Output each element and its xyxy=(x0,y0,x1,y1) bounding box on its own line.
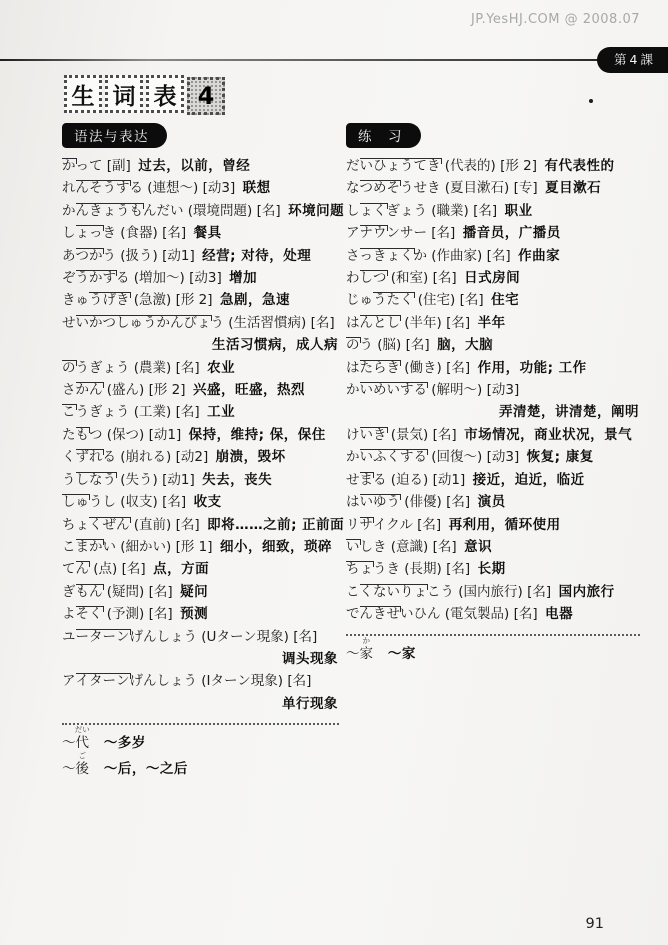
meaning-cn: 联想 xyxy=(243,180,271,196)
kana-reading: こくないりょこう xyxy=(346,584,454,600)
kana-reading: しょっき xyxy=(62,225,116,241)
part-of-speech: [名] xyxy=(401,337,429,353)
page-number: 91 xyxy=(586,916,604,932)
kanji-form: (扱う) xyxy=(116,248,158,264)
vocab-line: のう (脳) [名]脑，大脑 xyxy=(346,334,644,356)
meaning-cn: 急剧，急速 xyxy=(220,292,290,308)
meaning-cn: 保持，维持; 保，保住 xyxy=(189,427,326,443)
vocab-line: こまかい (細かい) [形 1]细小，细致，琐碎 xyxy=(62,536,343,558)
vocab-entry: せまる (迫る) [动1]接近，迫近，临近 xyxy=(346,469,644,491)
dotted-divider xyxy=(62,723,339,725)
meaning-cn: 再利用，循环使用 xyxy=(449,517,561,533)
vocab-entry: かんきょうもんだい (環境問題) [名]环境问题 xyxy=(62,200,343,222)
kanji-form: (迫る) xyxy=(387,472,429,488)
vocab-line: かいふくする (回復～) [动3]恢复; 康复 xyxy=(346,446,644,468)
part-of-speech: [名] xyxy=(482,248,510,264)
vocab-line: さかん (盛ん) [形 2]兴盛，旺盛，热烈 xyxy=(62,379,343,401)
kanji-form: (急激) xyxy=(130,292,172,308)
kana-reading: はたらき xyxy=(346,360,400,376)
vocab-entry: アナウンサー [名]播音员，广播员 xyxy=(346,222,644,244)
kana-reading: アイターンげんしょう xyxy=(62,673,197,689)
kana-reading: ぞうかする xyxy=(62,270,130,286)
kanji-form: (回復～) xyxy=(427,449,482,465)
meaning-cn: 半年 xyxy=(478,315,506,331)
meaning-cn: 播音员，广播员 xyxy=(463,225,561,241)
vocab-entry: わしつ (和室) [名]日式房间 xyxy=(346,267,644,289)
kana-reading: あつかう xyxy=(62,248,116,264)
part-of-speech: [动2] xyxy=(171,449,208,465)
watermark: JP.YesHJ.COM @ 2008.07 xyxy=(471,12,640,27)
part-of-speech: [名] xyxy=(469,203,497,219)
kana-reading: よそく xyxy=(62,606,103,622)
kanji-form: (盛ん) xyxy=(103,382,145,398)
vocab-entry: くずれる (崩れる) [动2]崩溃，毁坏 xyxy=(62,446,343,468)
meaning-cn: 作用，功能; 工作 xyxy=(478,360,587,376)
meaning-cn: 增加 xyxy=(229,270,257,286)
vocab-entry: のうぎょう (農業) [名]农业 xyxy=(62,357,343,379)
vocab-entry: かって [副]过去，以前，曾经 xyxy=(62,155,343,177)
kanji-form: (保つ) xyxy=(103,427,145,443)
part-of-speech: [名] xyxy=(171,404,199,420)
vocab-line: こうぎょう (工業) [名]工业 xyxy=(62,401,343,423)
page-title: 生词表4 xyxy=(64,75,228,115)
meaning-cn: 夏目漱石 xyxy=(545,180,601,196)
kanji-form: (Iターン現象) xyxy=(197,673,283,689)
part-of-speech: [名] xyxy=(171,360,199,376)
part-of-speech: [动1] xyxy=(428,472,465,488)
part-of-speech: [名] xyxy=(442,315,470,331)
meaning-cn: 工业 xyxy=(207,404,235,420)
vocab-entry: でんきせいひん (電気製品) [名]电器 xyxy=(346,603,644,625)
part-of-speech: [动3] xyxy=(185,270,222,286)
vocab-entry: てん (点) [名]点，方面 xyxy=(62,558,343,580)
kanji-with-furigana: か家 xyxy=(360,643,374,666)
kana-reading: リサイクル xyxy=(346,517,413,533)
vocab-columns: 语法与表达かって [副]过去，以前，曾经れんそうする (連想～) [动3]联想か… xyxy=(62,123,644,780)
part-of-speech: [形 2] xyxy=(144,382,185,398)
kanji-form: (Uターン現象) xyxy=(197,629,289,645)
kana-reading: はんとし xyxy=(346,315,400,331)
vocab-line: しゅうし (収支) [名]收支 xyxy=(62,491,343,513)
kana-reading: ぎもん xyxy=(62,584,103,600)
kanji-form: (予測) xyxy=(103,606,145,622)
vocab-line: うしなう (失う) [动1]失去，丧失 xyxy=(62,469,343,491)
scan-speck xyxy=(589,99,593,103)
meaning-cn-wrapped: 单行现象 xyxy=(62,693,343,715)
meaning-cn: 接近，迫近，临近 xyxy=(473,472,585,488)
vocab-line: わしつ (和室) [名]日式房间 xyxy=(346,267,644,289)
vocab-entry: ぎもん (疑問) [名]疑问 xyxy=(62,581,343,603)
meaning-cn: 环境问题 xyxy=(288,203,344,219)
meaning-cn: 市场情况，商业状况，景气 xyxy=(464,427,632,443)
part-of-speech: [名] xyxy=(523,584,551,600)
vocab-entry: こくないりょこう (国内旅行) [名]国内旅行 xyxy=(346,581,644,603)
part-of-speech: [名] xyxy=(428,539,456,555)
dotted-divider xyxy=(346,634,640,636)
vocab-entry: じゅうたく (住宅) [名]住宅 xyxy=(346,289,644,311)
part-of-speech: [名] xyxy=(117,561,145,577)
kanji-form: (崩れる) xyxy=(116,449,171,465)
vocab-line: たもつ (保つ) [动1]保持，维持; 保，保住 xyxy=(62,424,343,446)
kana-reading: さっきょくか xyxy=(346,248,427,264)
meaning-cn: 细小，细致，琐碎 xyxy=(220,539,332,555)
vocab-line: かんきょうもんだい (環境問題) [名]环境问题 xyxy=(62,200,343,222)
vocab-line: はたらき (働き) [名]作用，功能; 工作 xyxy=(346,357,644,379)
kanji-form: (解明～) xyxy=(427,382,482,398)
kana-reading: のう xyxy=(346,337,373,353)
vocab-entry: かいめいする (解明～) [动3]弄清楚，讲清楚，阐明 xyxy=(346,379,644,424)
kana-reading: さかん xyxy=(62,382,103,398)
vocab-line: リサイクル [名]再利用，循环使用 xyxy=(346,514,644,536)
kana-reading: しゅうし xyxy=(62,494,116,510)
meaning-cn: 意识 xyxy=(464,539,492,555)
meaning-cn: 餐具 xyxy=(194,225,222,241)
vocab-entry: ちょうき (長期) [名]长期 xyxy=(346,558,644,580)
vocab-entry: のう (脳) [名]脑，大脑 xyxy=(346,334,644,356)
part-of-speech: [动1] xyxy=(158,248,195,264)
kanji-base: 代 xyxy=(76,735,90,751)
part-of-speech: [专] xyxy=(509,180,537,196)
vocab-entry: あつかう (扱う) [动1]经营; 对待，处理 xyxy=(62,245,343,267)
vocab-line: こくないりょこう (国内旅行) [名]国内旅行 xyxy=(346,581,644,603)
meaning-cn: 农业 xyxy=(207,360,235,376)
vocab-line: だいひょうてき (代表的) [形 2]有代表性的 xyxy=(346,155,644,177)
meaning-cn: ～多岁 xyxy=(104,735,146,751)
kanji-form: (収支) xyxy=(116,494,158,510)
meaning-cn-wrapped: 弄清楚，讲清楚，阐明 xyxy=(346,401,644,423)
part-of-speech: [名] xyxy=(171,517,199,533)
part-of-speech: [名] xyxy=(158,225,186,241)
meaning-cn: 失去，丧失 xyxy=(202,472,272,488)
kanji-form: (脳) xyxy=(373,337,401,353)
meaning-cn: 长期 xyxy=(478,561,506,577)
furigana: か xyxy=(363,637,371,645)
kanji-form: (農業) xyxy=(130,360,172,376)
kana-reading: れんそうする xyxy=(62,180,143,196)
vocab-entry: はんとし (半年) [名]半年 xyxy=(346,312,644,334)
suffix-entry: ～か家～家 xyxy=(346,640,644,666)
vocab-entry: さっきょくか (作曲家) [名]作曲家 xyxy=(346,245,644,267)
kanji-form: (疑問) xyxy=(103,584,145,600)
meaning-cn: 崩溃，毁坏 xyxy=(216,449,286,465)
title-char-box: 生 xyxy=(64,75,102,113)
vocab-entry: きゅうげき (急激) [形 2]急剧，急速 xyxy=(62,289,343,311)
meaning-cn: 演员 xyxy=(478,494,506,510)
kanji-form: (失う) xyxy=(116,472,158,488)
vocab-entry: しゅうし (収支) [名]收支 xyxy=(62,491,343,513)
kanji-form: (点) xyxy=(89,561,117,577)
meaning-cn: 即将……之前; 正前面 xyxy=(207,517,344,533)
section-badge: 练 习 xyxy=(346,123,421,148)
kana-reading: くずれる xyxy=(62,449,116,465)
kanji-form: (半年) xyxy=(400,315,442,331)
kana-reading: はいゆう xyxy=(346,494,400,510)
kana-reading: こうぎょう xyxy=(62,404,130,420)
title-boxes: 生词表4 xyxy=(64,89,228,108)
vocab-entry: しょくぎょう (職業) [名]职业 xyxy=(346,200,644,222)
meaning-cn-wrapped: 生活习惯病，成人病 xyxy=(62,334,343,356)
part-of-speech: [名] xyxy=(428,427,456,443)
kana-reading: ちょくぜん xyxy=(62,517,130,533)
part-of-speech: [动3] xyxy=(482,449,519,465)
kanji-form: (代表的) xyxy=(441,158,496,174)
kanji-form: (職業) xyxy=(427,203,469,219)
vocab-line: でんきせいひん (電気製品) [名]电器 xyxy=(346,603,644,625)
part-of-speech: [名] xyxy=(455,292,483,308)
part-of-speech: [名] xyxy=(427,225,455,241)
column-grammar-expressions: 语法与表达かって [副]过去，以前，曾经れんそうする (連想～) [动3]联想か… xyxy=(62,123,343,780)
kana-reading: しょくぎょう xyxy=(346,203,427,219)
meaning-cn: 作曲家 xyxy=(518,248,560,264)
vocab-line: さっきょくか (作曲家) [名]作曲家 xyxy=(346,245,644,267)
kana-reading: のうぎょう xyxy=(62,360,130,376)
kanji-base: 後 xyxy=(76,761,90,777)
vocab-line: アイターンげんしょう (Iターン現象) [名] xyxy=(62,670,343,692)
part-of-speech: [名] xyxy=(413,517,441,533)
suffix-entry: ～ご後～后，～之后 xyxy=(62,755,343,781)
kana-reading: かいめいする xyxy=(346,382,427,398)
kana-reading: ちょうき xyxy=(346,561,400,577)
vocab-line: ぎもん (疑問) [名]疑问 xyxy=(62,581,343,603)
meaning-cn: 国内旅行 xyxy=(559,584,615,600)
vocab-line: アナウンサー [名]播音员，广播员 xyxy=(346,222,644,244)
kanji-form: (生活習慣病) xyxy=(224,315,306,331)
kanji-form: (環境問題) xyxy=(184,203,253,219)
section-badge: 语法与表达 xyxy=(62,123,167,148)
kanji-form: (景気) xyxy=(387,427,429,443)
meaning-cn: 疑问 xyxy=(180,584,208,600)
part-of-speech: [名] xyxy=(158,494,186,510)
vocab-entry: さかん (盛ん) [形 2]兴盛，旺盛，热烈 xyxy=(62,379,343,401)
kana-reading: いしき xyxy=(346,539,387,555)
kanji-form: (住宅) xyxy=(414,292,456,308)
furigana: だい xyxy=(75,726,90,734)
vocab-entry: だいひょうてき (代表的) [形 2]有代表性的 xyxy=(346,155,644,177)
kanji-form: (食器) xyxy=(116,225,158,241)
part-of-speech: [名] xyxy=(509,606,537,622)
vocab-line: いしき (意識) [名]意识 xyxy=(346,536,644,558)
vocab-line: なつめそうせき (夏目漱石) [专]夏目漱石 xyxy=(346,177,644,199)
vocab-line: しょっき (食器) [名]餐具 xyxy=(62,222,343,244)
vocab-entry: ユーターンげんしょう (Uターン現象) [名]调头现象 xyxy=(62,626,343,671)
meaning-cn: 兴盛，旺盛，热烈 xyxy=(193,382,305,398)
part-of-speech: [动3] xyxy=(482,382,519,398)
kana-reading: せまる xyxy=(346,472,387,488)
kana-reading: けいき xyxy=(346,427,387,443)
meaning-cn: 收支 xyxy=(194,494,222,510)
vocab-line: かいめいする (解明～) [动3] xyxy=(346,379,644,401)
kana-reading: アナウンサー xyxy=(346,225,427,241)
meaning-cn: ～家 xyxy=(388,646,416,662)
tilde: ～ xyxy=(62,761,76,777)
vocab-entry: アイターンげんしょう (Iターン現象) [名]单行现象 xyxy=(62,670,343,715)
vocab-entry: かいふくする (回復～) [动3]恢复; 康复 xyxy=(346,446,644,468)
vocab-line: のうぎょう (農業) [名]农业 xyxy=(62,357,343,379)
meaning-cn: 脑，大脑 xyxy=(437,337,493,353)
vocab-entry: けいき (景気) [名]市场情况，商业状况，景气 xyxy=(346,424,644,446)
part-of-speech: [形 2] xyxy=(171,292,212,308)
scanned-textbook-page: JP.YesHJ.COM @ 2008.07 第4課 生词表4 语法与表达かって… xyxy=(0,0,668,945)
vocab-line: ぞうかする (増加～) [动3]增加 xyxy=(62,267,343,289)
kana-reading: てん xyxy=(62,561,89,577)
part-of-speech: [副] xyxy=(103,158,131,174)
meaning-cn: 过去，以前，曾经 xyxy=(138,158,250,174)
kana-reading: きゅうげき xyxy=(62,292,130,308)
part-of-speech: [名] xyxy=(144,606,172,622)
vocab-line: せいかつしゅうかんびょう (生活習慣病) [名] xyxy=(62,312,343,334)
tilde: ～ xyxy=(62,735,76,751)
vocab-line: ちょくぜん (直前) [名]即将……之前; 正前面 xyxy=(62,514,343,536)
tilde: ～ xyxy=(346,646,360,662)
meaning-cn: 经营; 对待，处理 xyxy=(202,248,311,264)
meaning-cn: 职业 xyxy=(505,203,533,219)
kana-reading: ユーターンげんしょう xyxy=(62,629,197,645)
part-of-speech: [名] xyxy=(252,203,280,219)
vocab-line: じゅうたく (住宅) [名]住宅 xyxy=(346,289,644,311)
top-rule xyxy=(0,59,668,61)
vocab-line: せまる (迫る) [动1]接近，迫近，临近 xyxy=(346,469,644,491)
vocab-entry: たもつ (保つ) [动1]保持，维持; 保，保住 xyxy=(62,424,343,446)
kana-reading: かいふくする xyxy=(346,449,427,465)
part-of-speech: [名] xyxy=(428,270,456,286)
part-of-speech: [名] xyxy=(442,494,470,510)
part-of-speech: [名] xyxy=(442,561,470,577)
kanji-form: (意識) xyxy=(387,539,429,555)
part-of-speech: [动3] xyxy=(198,180,235,196)
kana-reading: かんきょうもんだい xyxy=(62,203,184,219)
kana-reading: かって xyxy=(62,158,103,174)
meaning-cn-wrapped: 调头现象 xyxy=(62,648,343,670)
kana-reading: なつめそうせき xyxy=(346,180,441,196)
vocab-entry: いしき (意識) [名]意识 xyxy=(346,536,644,558)
vocab-line: ちょうき (長期) [名]长期 xyxy=(346,558,644,580)
meaning-cn: 预测 xyxy=(180,606,208,622)
meaning-cn: 电器 xyxy=(545,606,573,622)
kana-reading: うしなう xyxy=(62,472,116,488)
column-practice: 练 习だいひょうてき (代表的) [形 2]有代表性的なつめそうせき (夏目漱石… xyxy=(343,123,644,665)
vocab-entry: よそく (予測) [名]预测 xyxy=(62,603,343,625)
kana-reading: せいかつしゅうかんびょう xyxy=(62,315,224,331)
kanji-form: (俳優) xyxy=(400,494,442,510)
vocab-line: しょくぎょう (職業) [名]职业 xyxy=(346,200,644,222)
kanji-form: (国内旅行) xyxy=(454,584,523,600)
vocab-line: れんそうする (連想～) [动3]联想 xyxy=(62,177,343,199)
kana-reading: こまかい xyxy=(62,539,116,555)
vocab-entry: こうぎょう (工業) [名]工业 xyxy=(62,401,343,423)
part-of-speech: [名] xyxy=(144,584,172,600)
kanji-with-furigana: ご後 xyxy=(76,758,90,781)
suffix-entry: ～だい代～多岁 xyxy=(62,729,343,755)
meaning-cn: 住宅 xyxy=(491,292,519,308)
vocab-entry: せいかつしゅうかんびょう (生活習慣病) [名]生活习惯病，成人病 xyxy=(62,312,343,357)
vocab-line: くずれる (崩れる) [动2]崩溃，毁坏 xyxy=(62,446,343,468)
vocab-entry: れんそうする (連想～) [动3]联想 xyxy=(62,177,343,199)
vocab-entry: ぞうかする (増加～) [动3]增加 xyxy=(62,267,343,289)
part-of-speech: [动1] xyxy=(144,427,181,443)
part-of-speech: [名] xyxy=(442,360,470,376)
lesson-tab: 第4課 xyxy=(597,47,668,73)
kana-reading: たもつ xyxy=(62,427,103,443)
kanji-form: (和室) xyxy=(387,270,429,286)
vocab-line: てん (点) [名]点，方面 xyxy=(62,558,343,580)
kanji-form: (作曲家) xyxy=(427,248,482,264)
vocab-entry: こまかい (細かい) [形 1]细小，细致，琐碎 xyxy=(62,536,343,558)
kanji-form: (連想～) xyxy=(143,180,198,196)
meaning-cn: 有代表性的 xyxy=(544,158,614,174)
meaning-cn: ～后，～之后 xyxy=(104,761,188,777)
kanji-base: 家 xyxy=(360,646,374,662)
vocab-entry: ちょくぜん (直前) [名]即将……之前; 正前面 xyxy=(62,514,343,536)
part-of-speech: [名] xyxy=(283,673,311,689)
kana-reading: でんきせいひん xyxy=(346,606,441,622)
kanji-form: (電気製品) xyxy=(441,606,510,622)
vocab-line: ユーターンげんしょう (Uターン現象) [名] xyxy=(62,626,343,648)
vocab-line: はんとし (半年) [名]半年 xyxy=(346,312,644,334)
vocab-line: はいゆう (俳優) [名]演员 xyxy=(346,491,644,513)
part-of-speech: [动1] xyxy=(158,472,195,488)
vocab-entry: うしなう (失う) [动1]失去，丧失 xyxy=(62,469,343,491)
kanji-form: (増加～) xyxy=(130,270,185,286)
vocab-line: よそく (予測) [名]预测 xyxy=(62,603,343,625)
kanji-form: (細かい) xyxy=(116,539,171,555)
vocab-entry: はいゆう (俳優) [名]演员 xyxy=(346,491,644,513)
kana-reading: じゅうたく xyxy=(346,292,414,308)
part-of-speech: [形 2] xyxy=(496,158,537,174)
title-char-box: 词 xyxy=(105,75,143,113)
part-of-speech: [名] xyxy=(306,315,334,331)
vocab-entry: しょっき (食器) [名]餐具 xyxy=(62,222,343,244)
title-char-box: 表 xyxy=(146,75,184,113)
vocab-line: きゅうげき (急激) [形 2]急剧，急速 xyxy=(62,289,343,311)
meaning-cn: 恢复; 康复 xyxy=(527,449,594,465)
kana-reading: わしつ xyxy=(346,270,387,286)
kanji-form: (工業) xyxy=(130,404,172,420)
meaning-cn: 日式房间 xyxy=(464,270,520,286)
furigana: ご xyxy=(79,752,87,760)
vocab-entry: なつめそうせき (夏目漱石) [专]夏目漱石 xyxy=(346,177,644,199)
kanji-form: (働き) xyxy=(400,360,442,376)
meaning-cn: 点，方面 xyxy=(153,561,209,577)
vocab-entry: はたらき (働き) [名]作用，功能; 工作 xyxy=(346,357,644,379)
lesson-number-box: 4 xyxy=(187,77,225,115)
kanji-form: (夏目漱石) xyxy=(441,180,510,196)
vocab-line: あつかう (扱う) [动1]经营; 对待，处理 xyxy=(62,245,343,267)
vocab-line: かって [副]过去，以前，曾经 xyxy=(62,155,343,177)
part-of-speech: [形 1] xyxy=(171,539,212,555)
part-of-speech: [名] xyxy=(289,629,317,645)
kanji-form: (直前) xyxy=(130,517,172,533)
vocab-entry: リサイクル [名]再利用，循环使用 xyxy=(346,514,644,536)
kanji-form: (長期) xyxy=(400,561,442,577)
vocab-line: けいき (景気) [名]市场情况，商业状况，景气 xyxy=(346,424,644,446)
kana-reading: だいひょうてき xyxy=(346,158,441,174)
